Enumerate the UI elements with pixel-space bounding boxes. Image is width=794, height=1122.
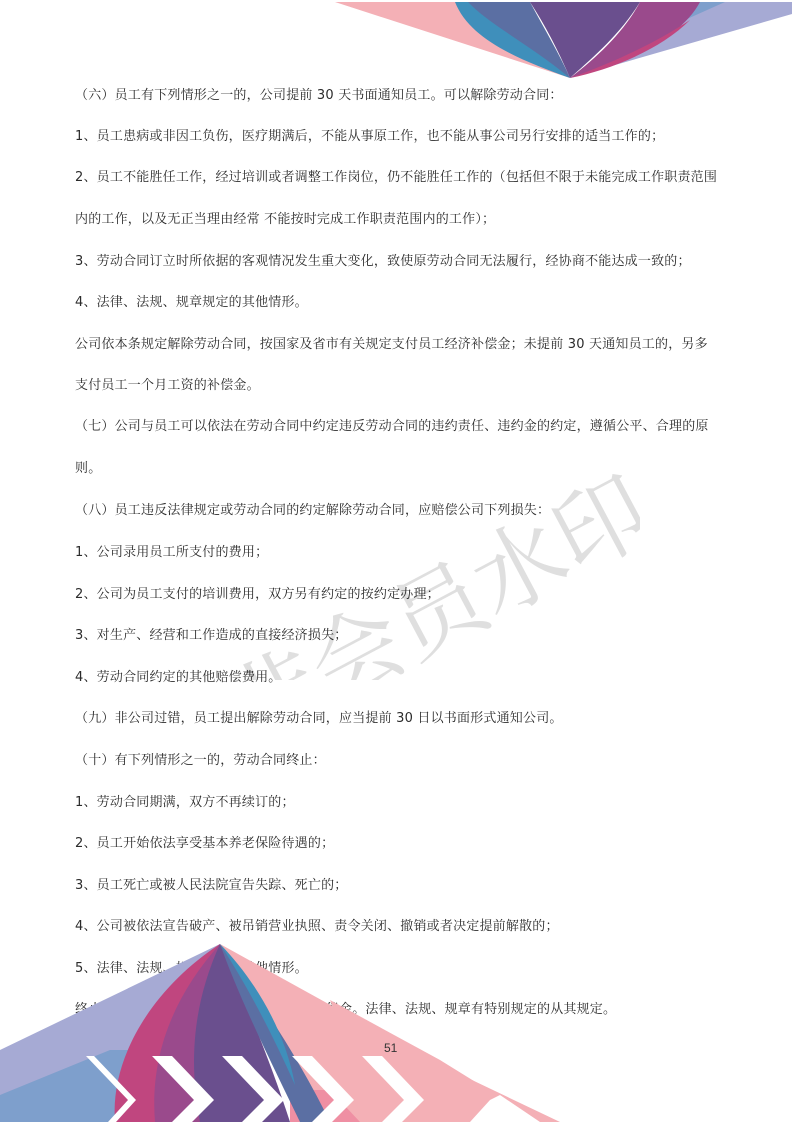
- section-7-paragraph-continued: 则。: [75, 461, 101, 477]
- section-8-item-3: 3、对生产、经营和工作造成的直接经济损失；: [75, 628, 347, 644]
- watermark-text: 非会员水印: [210, 456, 640, 680]
- section-6-item-2: 2、员工不能胜任工作，经过培训或者调整工作岗位，仍不能胜任工作的（包括但不限于未…: [75, 170, 717, 186]
- section-6-heading: （六）员工有下列情形之一的，公司提前 30 天书面通知员工。可以解除劳动合同：: [75, 88, 563, 104]
- section-10-item-1: 1、劳动合同期满，双方不再续订的；: [75, 795, 295, 811]
- section-8-item-4: 4、劳动合同约定的其他赔偿费用。: [75, 670, 281, 686]
- section-8-item-1: 1、公司录用员工所支付的费用；: [75, 545, 268, 561]
- section-6-item-2-continued: 内的工作，以及无正当理由经常 不能按时完成工作职责范围内的工作）；: [75, 212, 495, 228]
- bottom-decoration-graphic: [0, 930, 794, 1122]
- section-10-item-4: 4、公司被依法宣告破产、被吊销营业执照、责令关闭、撤销或者决定提前解散的；: [75, 919, 559, 935]
- section-8-heading: （八）员工违反法律规定或劳动合同的约定解除劳动合同，应赔偿公司下列损失：: [75, 503, 550, 519]
- page-number: 51: [384, 1041, 397, 1055]
- section-10-item-5: 5、法律、法规、规章规定的其他情形。: [75, 961, 308, 977]
- top-decoration-graphic: [0, 0, 794, 90]
- section-7-paragraph: （七）公司与员工可以依法在劳动合同中约定违反劳动合同的违约责任、违约金的约定，遵…: [75, 419, 709, 435]
- section-10-note: 终止劳动合同，公司可以不支付员工经济补偿金。法律、法规、规章有特别规定的从其规定…: [75, 1002, 616, 1018]
- section-6-item-1: 1、员工患病或非因工负伤，医疗期满后，不能从事原工作，也不能从事公司另行安排的适…: [75, 129, 664, 145]
- section-10-heading: （十）有下列情形之一的，劳动合同终止：: [75, 753, 326, 769]
- section-8-item-2: 2、公司为员工支付的培训费用，双方另有约定的按约定办理；: [75, 587, 440, 603]
- section-9-paragraph: （九）非公司过错，员工提出解除劳动合同，应当提前 30 日以书面形式通知公司。: [75, 711, 563, 727]
- section-6-item-3: 3、劳动合同订立时所依据的客观情况发生重大变化，致使原劳动合同无法履行，经协商不…: [75, 254, 691, 270]
- section-10-item-2: 2、员工开始依法享受基本养老保险待遇的；: [75, 836, 334, 852]
- section-6-note-continued: 支付员工一个月工资的补偿金。: [75, 378, 260, 394]
- section-6-note: 公司依本条规定解除劳动合同，按国家及省市有关规定支付员工经济补偿金；未提前 30…: [75, 337, 708, 353]
- section-10-item-3: 3、员工死亡或被人民法院宣告失踪、死亡的；: [75, 878, 347, 894]
- section-6-item-4: 4、法律、法规、规章规定的其他情形。: [75, 295, 308, 311]
